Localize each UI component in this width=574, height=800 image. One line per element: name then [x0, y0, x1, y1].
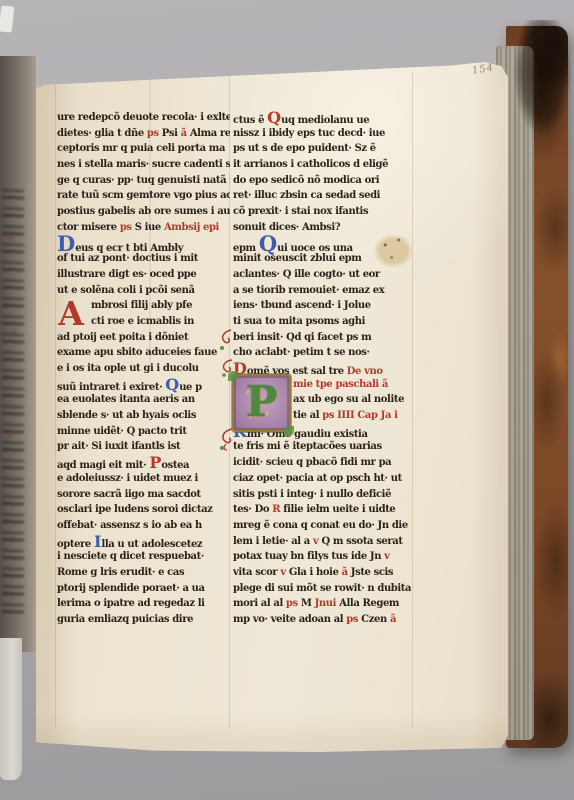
text-segment: ps	[120, 222, 135, 233]
text-segment: P	[149, 453, 161, 472]
text-segment: ã	[342, 567, 351, 578]
text-line: sorore sacrã iigo ma sacdot	[57, 487, 230, 503]
text-line: ctus ẽ Quq mediolanu ue	[233, 110, 411, 126]
text-segment: ps	[346, 614, 361, 625]
text-line: lem i letie· al a v Q m ssota serat	[233, 534, 411, 550]
text-segment: ciaz opet· pacia at op psch ht· ut	[233, 473, 402, 484]
text-line: a se tiorib remouiet· emaz ex	[233, 283, 411, 299]
red-drop-cap-a: A	[55, 298, 87, 330]
text-segment: postius gabelis ab ore sumes i aue p	[57, 206, 230, 217]
text-line: vita scor v Gla i hoie ã Jste scis	[233, 565, 411, 581]
text-line: illustrare digt es· oced ppe	[57, 267, 230, 283]
text-line: postius gabelis ab ore sumes i aue p	[57, 204, 230, 220]
text-line: ea euolates itanta aeris an	[57, 392, 230, 408]
text-segment: exame apu sbito aduceies faue	[57, 347, 217, 358]
text-segment: Alma re	[190, 128, 230, 139]
text-line: ciaz opet· pacia at op psch ht· ut	[233, 471, 411, 487]
text-segment: Rome g lris erudit· e cas	[57, 567, 184, 578]
illuminated-initial-p: P	[232, 374, 291, 432]
text-segment: of tui az pont· doctius i mit	[57, 253, 198, 264]
penwork-flourish-icon	[218, 426, 235, 452]
penwork-flourish-icon	[220, 358, 234, 378]
text-segment: ge q curas· pp· tuq genuisti natã mi	[57, 175, 230, 186]
text-segment: do epo sedicõ nõ modica ori	[233, 175, 379, 186]
text-line: i nesciete q dicet respuebat·	[57, 549, 230, 565]
text-segment: osclari ipe ludens soroi dictaz	[57, 504, 212, 515]
text-line: ge q curas· pp· tuq genuisti natã mi	[57, 173, 230, 189]
text-segment: S iue	[135, 222, 164, 233]
text-segment: mp vo· veite adoan al	[233, 614, 346, 625]
text-segment: beri insit· Qd qi facet ps m	[233, 332, 371, 343]
text-line: ceptoris mr q puia celi porta ma	[57, 141, 230, 157]
text-segment: plege di sui mõt se rowit· n dubita	[233, 583, 411, 594]
text-segment: Gla i hoie	[289, 567, 342, 578]
text-segment: mori al al	[233, 598, 286, 609]
text-segment: Q	[165, 375, 179, 394]
text-line: potax tuay bn filys tus ide Jn v	[233, 549, 411, 565]
text-line: it arrianos i catholicos d eligẽ	[233, 157, 411, 173]
page-marker-sliver	[0, 5, 14, 32]
text-segment: sitis psti i integ· i nullo deficiẽ	[233, 489, 391, 500]
text-segment: icidit· scieu q pbacõ fidi mr pa	[233, 457, 391, 468]
text-line: minne uidẽt· Q pacto trit	[57, 424, 230, 440]
text-line: mreg ẽ cona q conat eu do· Jn die so	[233, 518, 411, 534]
text-segment: cti roe e icmablis in	[91, 316, 194, 327]
text-segment: mie tpe paschali ã	[293, 379, 388, 390]
text-line: cho aclabt· petim t se nos·	[233, 345, 411, 361]
text-segment: sblende s· ut ab hyais oclis	[57, 410, 196, 421]
text-segment: tes· Do	[233, 504, 272, 515]
text-segment: cõ prexit· i stai nox ifantis	[233, 206, 368, 217]
text-segment: vita scor	[233, 567, 280, 578]
text-segment: lerima o ipatre ad regedaz li	[57, 598, 205, 609]
text-segment: illustrare digt es· oced ppe	[57, 269, 196, 280]
text-segment: nes i stella maris· sucre cadenti s	[57, 159, 230, 170]
text-segment: e adoleiussz· i uidet muez i	[57, 473, 198, 484]
text-segment: i nesciete q dicet respuebat·	[57, 551, 204, 562]
text-line: plege di sui mõt se rowit· n dubita	[233, 581, 411, 597]
text-line: iens· tbund ascend· i Jolue	[233, 298, 411, 314]
text-segment: ã	[181, 128, 190, 139]
text-line: sitis psti i integ· i nullo deficiẽ	[233, 487, 411, 503]
text-segment: Jste scis	[351, 567, 393, 578]
text-line: sblende s· ut ab hyais oclis	[57, 408, 230, 424]
text-segment: offebat· assensz s io ab ea h	[57, 520, 202, 531]
text-segment: optere	[57, 539, 94, 550]
text-line: ptorij splendide poraet· a ua	[57, 581, 230, 597]
text-segment: guria emliazq puicias dire	[57, 614, 193, 625]
text-segment: suũ intraret i exiret·	[57, 382, 165, 393]
text-segment: aclantes· Q ille cogto· ut eor	[233, 269, 380, 280]
text-column-right: ctus ẽ Quq mediolanu uenissz i ibidy eps…	[233, 110, 411, 628]
ruling-line-left	[55, 72, 56, 728]
text-segment: ad ptoij eet poita i dõniet	[57, 332, 188, 343]
text-segment: potax tuay bn filys tus ide Jn	[233, 551, 384, 562]
text-line: cõ prexit· i stai nox ifantis	[233, 204, 411, 220]
text-segment: minit oseuscit zblui epm	[233, 253, 361, 264]
text-line: rate tuũ scm gemtore vgo pius ac	[57, 188, 230, 204]
text-line: beri insit· Qd qi facet ps m	[233, 330, 411, 346]
text-line: optere Illa u ut adolescetez	[57, 534, 230, 550]
text-segment: Q m ssota serat	[321, 536, 402, 547]
text-line: exame apu sbito aduceies faue	[57, 345, 230, 361]
text-line: lerima o ipatre ad regedaz li	[57, 596, 230, 612]
text-segment: ps	[147, 128, 162, 139]
text-line: Rome g lris erudit· e cas	[57, 565, 230, 581]
text-segment: filie ielm ueite i uidte	[283, 504, 395, 515]
text-segment: ps ut s de epo puident· Sz ẽ	[233, 143, 376, 154]
manuscript-photo: 154 ure redepcõ deuote recola· i exltemd…	[0, 0, 574, 800]
text-segment: ax ub ego su al nolite	[293, 394, 404, 405]
text-segment: Q	[267, 110, 281, 127]
text-segment: pr ait· Si iuxit ifantls ist	[57, 441, 180, 452]
text-line: suũ intraret i exiret· Que p	[57, 377, 230, 393]
text-segment: ostea	[161, 460, 189, 471]
text-line: ret· illuc zbsin ca sedad sedi	[233, 188, 411, 204]
facing-page-blurred-text	[2, 186, 24, 616]
text-segment: lem i letie· al a	[233, 536, 313, 547]
text-line: mp vo· veite adoan al ps Czen ã	[233, 612, 411, 628]
text-segment: sonuit dices· Ambsi?	[233, 222, 340, 233]
text-line: ps ut s de epo puident· Sz ẽ	[233, 141, 411, 157]
text-column-left: ure redepcõ deuote recola· i exltemdiete…	[57, 110, 230, 628]
text-line: te fris mi ẽ iteptacões uarias	[233, 439, 411, 455]
penwork-flourish-icon	[218, 328, 234, 352]
text-segment: rate tuũ scm gemtore vgo pius ac	[57, 190, 230, 201]
text-line: nissz i ibidy eps tuc decd· iue	[233, 126, 411, 142]
text-segment: ret· illuc zbsin ca sedad sedi	[233, 190, 380, 201]
text-segment: ctus ẽ	[233, 115, 267, 126]
text-line: tes· Do R filie ielm ueite i uidte	[233, 502, 411, 518]
text-line: offebat· assensz s io ab ea h	[57, 518, 230, 534]
text-segment: uq mediolanu ue	[281, 115, 369, 126]
text-segment: dietes· glia t dñe	[57, 128, 147, 139]
text-line: do epo sedicõ nõ modica ori	[233, 173, 411, 189]
text-line: pr ait· Si iuxit ifantls ist	[57, 439, 230, 455]
text-segment: ea euolates itanta aeris an	[57, 394, 195, 405]
text-segment: iens· tbund ascend· i Jolue	[233, 300, 371, 311]
text-line: nes i stella maris· sucre cadenti s	[57, 157, 230, 173]
text-line: osclari ipe ludens soroi dictaz	[57, 502, 230, 518]
text-line: mori al al ps M Jnui Alla Regem	[233, 596, 411, 612]
text-line: epm Qui uoce os una	[233, 236, 411, 252]
text-line: Deus q ecr t bti Ambly	[57, 236, 230, 252]
text-segment: ue p	[179, 382, 202, 393]
text-segment: ptorij splendide poraet· a ua	[57, 583, 205, 594]
text-segment: mreg ẽ cona q conat eu do· Jn die so	[233, 520, 411, 531]
illuminated-initial-letter: P	[234, 378, 289, 426]
text-segment: Czen	[361, 614, 390, 625]
text-segment: tie al	[293, 410, 322, 421]
text-segment: te fris mi ẽ iteptacões uarias	[233, 441, 382, 452]
text-segment: sorore sacrã iigo ma sacdot	[57, 489, 201, 500]
text-line: ti sua to mita psoms aghi	[233, 314, 411, 330]
text-segment: mbrosi filij ably pfe	[91, 300, 192, 311]
text-segment: Psi	[162, 128, 181, 139]
text-line: icidit· scieu q pbacõ fidi mr pa	[233, 455, 411, 471]
text-segment: R	[272, 504, 283, 515]
text-line: e adoleiussz· i uidet muez i	[57, 471, 230, 487]
text-line: minit oseuscit zblui epm	[233, 251, 411, 267]
text-line: aclantes· Q ille cogto· ut eor	[233, 267, 411, 283]
text-segment: ceptoris mr q puia celi porta ma	[57, 143, 225, 154]
facing-page-edge	[0, 56, 36, 652]
text-segment: cho aclabt· petim t se nos·	[233, 347, 370, 358]
text-line: ctor misere ps S iue Ambsij epi	[57, 220, 230, 236]
text-segment: minne uidẽt· Q pacto trit	[57, 426, 187, 437]
text-line: aqd magi eit mit· Postea	[57, 455, 230, 471]
text-segment: e i os ita ople ut gi i ducolu	[57, 363, 199, 374]
text-segment: lla u ut adolescetez	[101, 539, 202, 550]
text-line: guria emliazq puicias dire	[57, 612, 230, 628]
text-line: ure redepcõ deuote recola· i exltem	[57, 110, 230, 126]
text-line: of tui az pont· doctius i mit	[57, 251, 230, 267]
text-segment: ã	[390, 614, 396, 625]
text-segment: a se tiorib remouiet· emaz ex	[233, 285, 384, 296]
text-line: e i os ita ople ut gi i ducolu	[57, 361, 230, 377]
text-segment: M	[301, 598, 315, 609]
text-segment: nissz i ibidy eps tuc decd· iue	[233, 128, 385, 139]
text-segment: ure redepcõ deuote recola· i exltem	[57, 112, 230, 123]
text-segment: Ambsij epi	[164, 222, 219, 233]
text-segment: ps	[286, 598, 301, 609]
text-segment: aqd magi eit mit·	[57, 460, 149, 471]
text-segment: it arrianos i catholicos d eligẽ	[233, 159, 388, 170]
ruling-line-right	[412, 72, 413, 728]
recto-page: 154 ure redepcõ deuote recola· i exltemd…	[36, 62, 508, 752]
text-segment: Alla Regem	[339, 598, 399, 609]
text-segment: Jnui	[315, 598, 340, 609]
text-segment: ps IIII Cap Ja i	[322, 410, 397, 421]
text-segment: ti sua to mita psoms aghi	[233, 316, 365, 327]
text-segment: v	[280, 567, 289, 578]
text-line: dietes· glia t dñe ps Psi ã Alma re	[57, 126, 230, 142]
folio-number: 154	[471, 62, 495, 77]
facing-page-lower-edge	[0, 638, 22, 780]
text-segment: De vno	[347, 366, 383, 377]
text-segment: v	[384, 551, 389, 562]
